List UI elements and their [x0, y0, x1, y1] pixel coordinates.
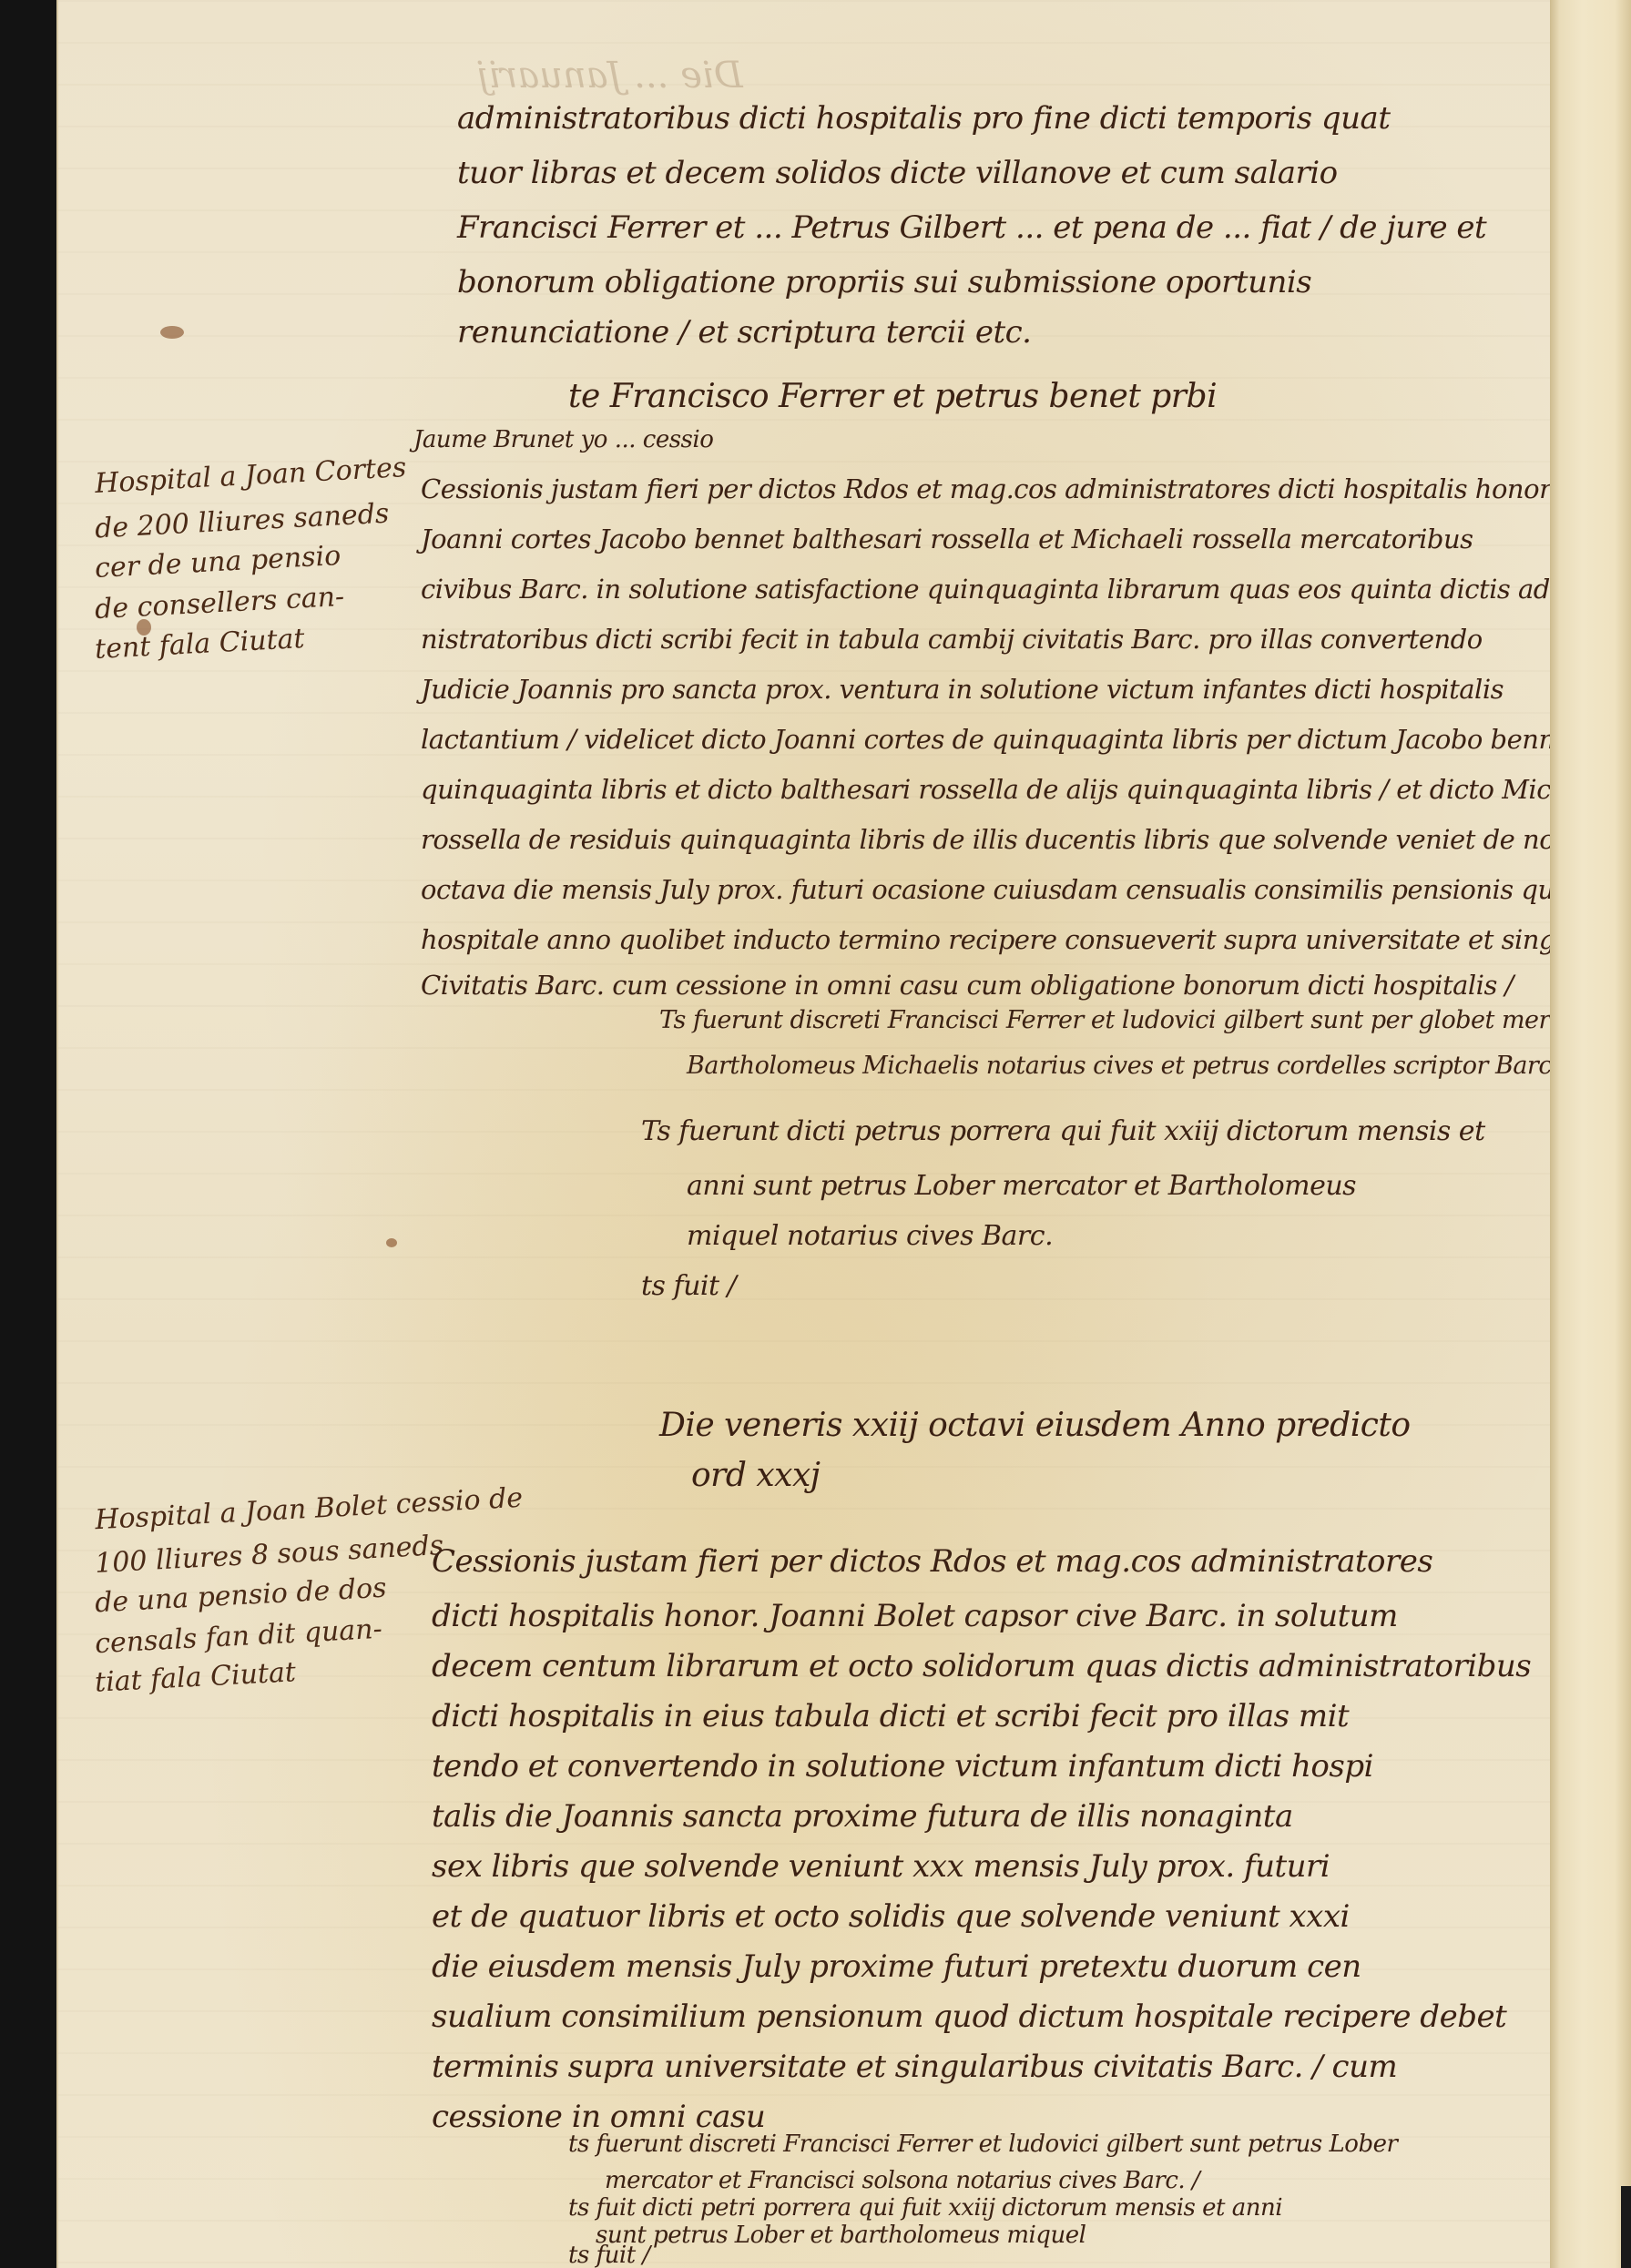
text-line: renunciatione / et scriptura tercii etc. — [457, 314, 1031, 351]
margin-note-line: tiat fala Ciutat — [94, 1656, 297, 1699]
text-line: Cessionis justam fieri per dictos Rdos e… — [421, 473, 1551, 504]
witness-line: sunt petrus Lober et bartholomeus miquel — [596, 2222, 1086, 2249]
witness-line: te Francisco Ferrer et petrus benet prbi — [568, 378, 1217, 415]
text-line: rossella de residuis quinquaginta libris… — [421, 824, 1586, 855]
margin-note-line: censals fan dit quan- — [94, 1613, 382, 1660]
margin-note-line: de una pensio de dos — [94, 1572, 387, 1620]
text-line: bonorum obligatione propriis sui submiss… — [457, 264, 1311, 300]
date-heading: Die veneris xxiij octavi eiusdem Anno pr… — [659, 1407, 1411, 1444]
date-note-line: anni sunt petrus Lober mercator et Barth… — [687, 1170, 1356, 1202]
facing-page-edge — [1550, 0, 1631, 2268]
text-line: quinquaginta libris et dicto balthesari … — [421, 774, 1614, 805]
text-line: Joanni cortes Jacobo bennet balthesari r… — [421, 524, 1473, 554]
witness-line: Bartholomeus Michaelis notarius cives et… — [687, 1052, 1559, 1080]
witness-line: ts fuerunt discreti Francisci Ferrer et … — [568, 2131, 1397, 2158]
date-heading-sub: ord xxxj — [691, 1457, 820, 1494]
margin-note-line: cer de una pensio — [94, 540, 341, 585]
ink-stain — [160, 326, 184, 339]
text-line: tendo et convertendo in solutione victum… — [432, 1748, 1373, 1785]
text-line: die eiusdem mensis July proxime futuri p… — [432, 1948, 1361, 1985]
text-line: sex libris que solvende veniunt xxx mens… — [432, 1848, 1330, 1885]
bleed-through — [113, 228, 122, 259]
manuscript-page: Die ... Januarij administratoribus dicti… — [56, 0, 1552, 2268]
text-line: Cessionis justam fieri per dictos Rdos e… — [432, 1543, 1432, 1580]
text-line: hospitale anno quolibet inducto termino … — [421, 924, 1631, 955]
margin-annotation-top: Jaume Brunet yo ... cessio — [413, 426, 713, 453]
text-line: administratoribus dicti hospitalis pro f… — [457, 100, 1391, 137]
text-line: sualium consimilium pensionum quod dictu… — [432, 1998, 1506, 2035]
closing-line: ts fuit / — [641, 1270, 736, 1302]
closing-line: ts fuit / — [568, 2242, 650, 2268]
text-line: tuor libras et decem solidos dicte villa… — [457, 155, 1338, 191]
text-line: octava die mensis July prox. futuri ocas… — [421, 874, 1631, 905]
text-line: decem centum librarum et octo solidorum … — [432, 1648, 1531, 1684]
text-line: nistratoribus dicti scribi fecit in tabu… — [421, 624, 1483, 655]
text-line: talis die Joannis sancta proxime futura … — [432, 1798, 1293, 1835]
text-line: Francisci Ferrer et ... Petrus Gilbert .… — [457, 209, 1486, 246]
text-line: et de quatuor libris et octo solidis que… — [432, 1898, 1350, 1935]
witness-line: mercator et Francisci solsona notarius c… — [605, 2167, 1199, 2194]
margin-note-line: tent fala Ciutat — [94, 623, 305, 666]
margin-note-line: 100 lliures 8 sous saneds — [94, 1530, 444, 1580]
text-line: Judicie Joannis pro sancta prox. ventura… — [421, 674, 1504, 705]
faded-header: Die ... Januarij — [477, 55, 743, 97]
witness-line: ts fuit dicti petri porrera qui fuit xxi… — [568, 2194, 1282, 2222]
text-line: dicti hospitalis honor. Joanni Bolet cap… — [432, 1598, 1398, 1634]
text-line: cessione in omni casu — [432, 2099, 765, 2135]
ink-stain — [386, 1238, 397, 1247]
margin-note-line: Hospital a Joan Cortes — [94, 452, 407, 500]
witness-line: Ts fuerunt discreti Francisci Ferrer et … — [659, 1006, 1613, 1034]
date-note-line: miquel notarius cives Barc. — [687, 1220, 1053, 1252]
text-line: lactantium / videlicet dicto Joanni cort… — [421, 724, 1631, 755]
text-line: Civitatis Barc. cum cessione in omni cas… — [421, 970, 1514, 1001]
margin-note-line: de consellers can- — [94, 581, 345, 625]
date-note-line: Ts fuerunt dicti petrus porrera qui fuit… — [641, 1115, 1485, 1147]
margin-note-line: de 200 lliures saneds — [94, 498, 390, 545]
text-line: terminis supra universitate et singulari… — [432, 2049, 1397, 2085]
binding-shadow — [1621, 2186, 1631, 2268]
text-line: dicti hospitalis in eius tabula dicti et… — [432, 1698, 1349, 1734]
margin-note-line: Hospital a Joan Bolet cessio de — [94, 1482, 523, 1537]
text-line: civibus Barc. in solutione satisfactione… — [421, 574, 1583, 605]
